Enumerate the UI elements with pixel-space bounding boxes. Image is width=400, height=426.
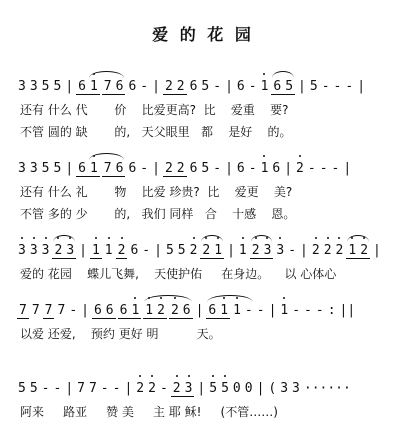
octave-dot (95, 237, 97, 239)
octave-dot (263, 155, 265, 157)
note: 3 (275, 243, 285, 258)
note: 6 (76, 161, 88, 176)
note: 2 (175, 161, 187, 176)
note: 5 (165, 243, 175, 258)
note: - (331, 161, 341, 176)
note: 1 (212, 243, 224, 258)
note: 6 (127, 161, 137, 176)
sheet-music-page: 爱 的 花 园 3355|61766-|2265-|6-165|5---|还有 … (0, 0, 400, 426)
note: - (291, 303, 301, 318)
note: - (248, 161, 258, 176)
barline: | (283, 161, 293, 176)
note: 6 (118, 303, 130, 318)
note: 7 (31, 303, 41, 318)
note: 7 (56, 303, 66, 318)
note: 0 (232, 381, 242, 396)
note: 7 (43, 303, 55, 318)
barline: | (64, 79, 74, 94)
octave-dot (327, 237, 329, 239)
slur-arc (89, 153, 124, 160)
octave-dot (33, 237, 35, 239)
note: 1 (129, 303, 141, 318)
underline-group: 23 (52, 243, 76, 259)
note: - (303, 303, 313, 318)
note: 3 (41, 243, 51, 258)
note: 6 (271, 79, 283, 94)
note: 1 (260, 161, 270, 176)
lyrics-line: 不管 多的 少 的, 我们 同样 合 十感 恩。 (16, 207, 390, 221)
underline-group: 12 (143, 303, 167, 319)
note: 3 (17, 79, 27, 94)
barline: || (339, 303, 357, 318)
note: 2 (163, 79, 175, 94)
octave-dot (151, 375, 153, 377)
note: 0 (244, 381, 254, 396)
slur-arc (207, 295, 252, 302)
note: 2 (200, 243, 212, 258)
note: 7 (17, 303, 29, 318)
barline: | (372, 243, 382, 258)
barline: | (123, 381, 133, 396)
octave-dot (283, 297, 285, 299)
barline: | (224, 79, 234, 94)
music-line: 7777-|66611226|611--|1---:|| (16, 293, 390, 319)
note: - (212, 79, 222, 94)
note: 5 (29, 381, 39, 396)
note: 1 (88, 79, 100, 94)
note: 6 (236, 79, 246, 94)
octave-dot (242, 237, 244, 239)
underline-group: 1 (90, 243, 102, 259)
note: 3 (29, 161, 39, 176)
octave-dot (263, 73, 265, 75)
note: - (100, 381, 110, 396)
note: 2 (163, 161, 175, 176)
note: 2 (52, 243, 64, 258)
note: 1 (279, 303, 289, 318)
octave-dot (212, 375, 214, 377)
note: 3 (17, 243, 27, 258)
lyrics-line: 爱的 花园 蝶儿飞舞, 天使护佑 在身边。 以 心体心 (16, 267, 390, 281)
underline-group: 22 (163, 79, 187, 95)
note: 7 (102, 161, 114, 176)
note: 1 (90, 243, 102, 258)
slur-arc (272, 71, 294, 78)
lyrics-line: 还有 什么 代 价 比爱更高? 比 爱重 要? (16, 103, 390, 117)
octave-dot (315, 237, 317, 239)
note: 5 (177, 243, 187, 258)
octave-dot (279, 237, 281, 239)
music-line: 3355|61766-|2265-|6-16|2---| (16, 151, 390, 177)
barline: | (297, 79, 307, 94)
note: 7 (102, 79, 114, 94)
barline: | (80, 303, 90, 318)
underline-group: 26 (169, 303, 193, 319)
note: - (139, 161, 149, 176)
note: 6 (104, 303, 116, 318)
note: - (256, 303, 266, 318)
note: 5 (17, 381, 27, 396)
note: 2 (169, 303, 181, 318)
note: 6 (271, 161, 281, 176)
octave-dot (193, 237, 195, 239)
underline-group: 21 (200, 243, 224, 259)
note: 2 (323, 243, 333, 258)
note: 5 (200, 161, 210, 176)
note: 6 (129, 243, 139, 258)
lyrics-line: 阿来 路亚 赞 美 主 耶 稣! (不管……) (16, 405, 390, 419)
song-title: 爱 的 花 园 (16, 22, 390, 45)
underline-group: 65 (271, 79, 295, 95)
note: - (112, 381, 122, 396)
barline: | (151, 79, 161, 94)
underline-group: 7 (17, 303, 29, 319)
barline: | (256, 381, 266, 396)
note: 2 (116, 243, 128, 258)
underline-group: 76 (102, 161, 126, 177)
music-line: 33323|1126-|55221|1233-|22212| (16, 233, 390, 259)
barline: | (356, 79, 366, 94)
note: 7 (88, 381, 98, 396)
note: 2 (311, 243, 321, 258)
note: - (159, 381, 169, 396)
note: 2 (295, 161, 305, 176)
note: 5 (208, 381, 218, 396)
note: 3 (29, 79, 39, 94)
note: 6 (181, 303, 193, 318)
note: 1 (104, 243, 114, 258)
note: 1 (260, 79, 270, 94)
music-line: 55--|77--|22-23|5500|(33······ (16, 371, 390, 397)
underline-group: 61 (118, 303, 142, 319)
octave-dot (176, 375, 178, 377)
octave-dot (108, 237, 110, 239)
octave-dot (188, 375, 190, 377)
music-line: 3355|61766-|2265-|6-165|5---| (16, 69, 390, 95)
note: 1 (218, 303, 230, 318)
barline: | (268, 303, 278, 318)
note: 5 (283, 79, 295, 94)
octave-dot (134, 297, 136, 299)
underline-group: 7 (43, 303, 55, 319)
note: - (41, 381, 51, 396)
octave-dot (139, 375, 141, 377)
note: 6 (189, 161, 199, 176)
note: 1 (238, 243, 248, 258)
octave-dot (45, 237, 47, 239)
note: 3 (291, 381, 301, 396)
note: 1 (88, 161, 100, 176)
note: - (248, 79, 258, 94)
note: 6 (114, 79, 126, 94)
note: - (321, 79, 331, 94)
note: 3 (17, 161, 27, 176)
octave-dot (21, 237, 23, 239)
note: 6 (236, 161, 246, 176)
octave-dot (224, 375, 226, 377)
note: - (244, 303, 254, 318)
note: 2 (189, 243, 199, 258)
note: 1 (143, 303, 155, 318)
barline: | (78, 243, 88, 258)
underline-group: 12 (346, 243, 370, 259)
slur-arc (347, 235, 369, 242)
note: 6 (206, 303, 218, 318)
underline-group: 22 (163, 161, 187, 177)
note: 3 (29, 243, 39, 258)
lyrics-line: 还有 什么 礼 物 比爱 珍贵? 比 爱更 美? (16, 185, 390, 199)
note: 3 (64, 243, 76, 258)
note: - (52, 381, 62, 396)
slur-arc (53, 235, 75, 242)
note: - (315, 303, 325, 318)
note: 2 (358, 243, 370, 258)
note: 5 (52, 161, 62, 176)
note: - (307, 161, 317, 176)
note: 6 (127, 79, 137, 94)
note: - (344, 79, 354, 94)
note: 2 (155, 303, 167, 318)
barline: | (226, 243, 236, 258)
score-area: 3355|61766-|2265-|6-165|5---|还有 什么 代 价 比… (16, 69, 390, 419)
note: 6 (189, 79, 199, 94)
underline-group: 61 (76, 79, 100, 95)
barline: | (196, 381, 206, 396)
note: 2 (171, 381, 183, 396)
note: 2 (147, 381, 157, 396)
underline-group: 61 (76, 161, 100, 177)
barline: | (299, 243, 309, 258)
note: - (141, 243, 151, 258)
note: 3 (262, 243, 274, 258)
barline: | (64, 161, 74, 176)
slur-arc (89, 71, 124, 78)
underline-group: 23 (171, 381, 195, 397)
slur-arc (251, 235, 273, 242)
note: ······ (303, 381, 352, 396)
underline-group: 66 (92, 303, 116, 319)
note: 1 (346, 243, 358, 258)
note: 3 (183, 381, 195, 396)
octave-dot (121, 237, 123, 239)
lyrics-line: 不管 圆的 缺 的, 天父眼里 都 是好 的。 (16, 125, 390, 139)
note: 6 (76, 79, 88, 94)
note: 2 (135, 381, 145, 396)
underline-group: 2 (116, 243, 128, 259)
underline-group: 61 (206, 303, 230, 319)
note: - (139, 79, 149, 94)
note: 5 (309, 79, 319, 94)
note: 2 (250, 243, 262, 258)
note: - (287, 243, 297, 258)
lyrics-line: 以爱 还爱, 预约 更好 明 天。 (16, 327, 390, 341)
note: - (333, 79, 343, 94)
note: 6 (114, 161, 126, 176)
note: 5 (41, 161, 51, 176)
note: : (327, 303, 337, 318)
note: 2 (175, 79, 187, 94)
octave-dot (299, 155, 301, 157)
note: 5 (220, 381, 230, 396)
note: - (212, 161, 222, 176)
note: 5 (200, 79, 210, 94)
note: 5 (52, 79, 62, 94)
underline-group: 76 (102, 79, 126, 95)
note: - (319, 161, 329, 176)
octave-dot (338, 237, 340, 239)
barline: | (64, 381, 74, 396)
barline: | (195, 303, 205, 318)
underline-group: 23 (250, 243, 274, 259)
note: 6 (92, 303, 104, 318)
slur-arc (201, 235, 223, 242)
slur-arc (144, 295, 191, 302)
note: 3 (279, 381, 289, 396)
note: - (68, 303, 78, 318)
barline: | (151, 161, 161, 176)
barline: | (342, 161, 352, 176)
barline: | (224, 161, 234, 176)
note: ( (267, 381, 277, 396)
note: 7 (76, 381, 86, 396)
barline: | (153, 243, 163, 258)
note: 2 (335, 243, 345, 258)
note: 1 (232, 303, 242, 318)
note: 5 (41, 79, 51, 94)
